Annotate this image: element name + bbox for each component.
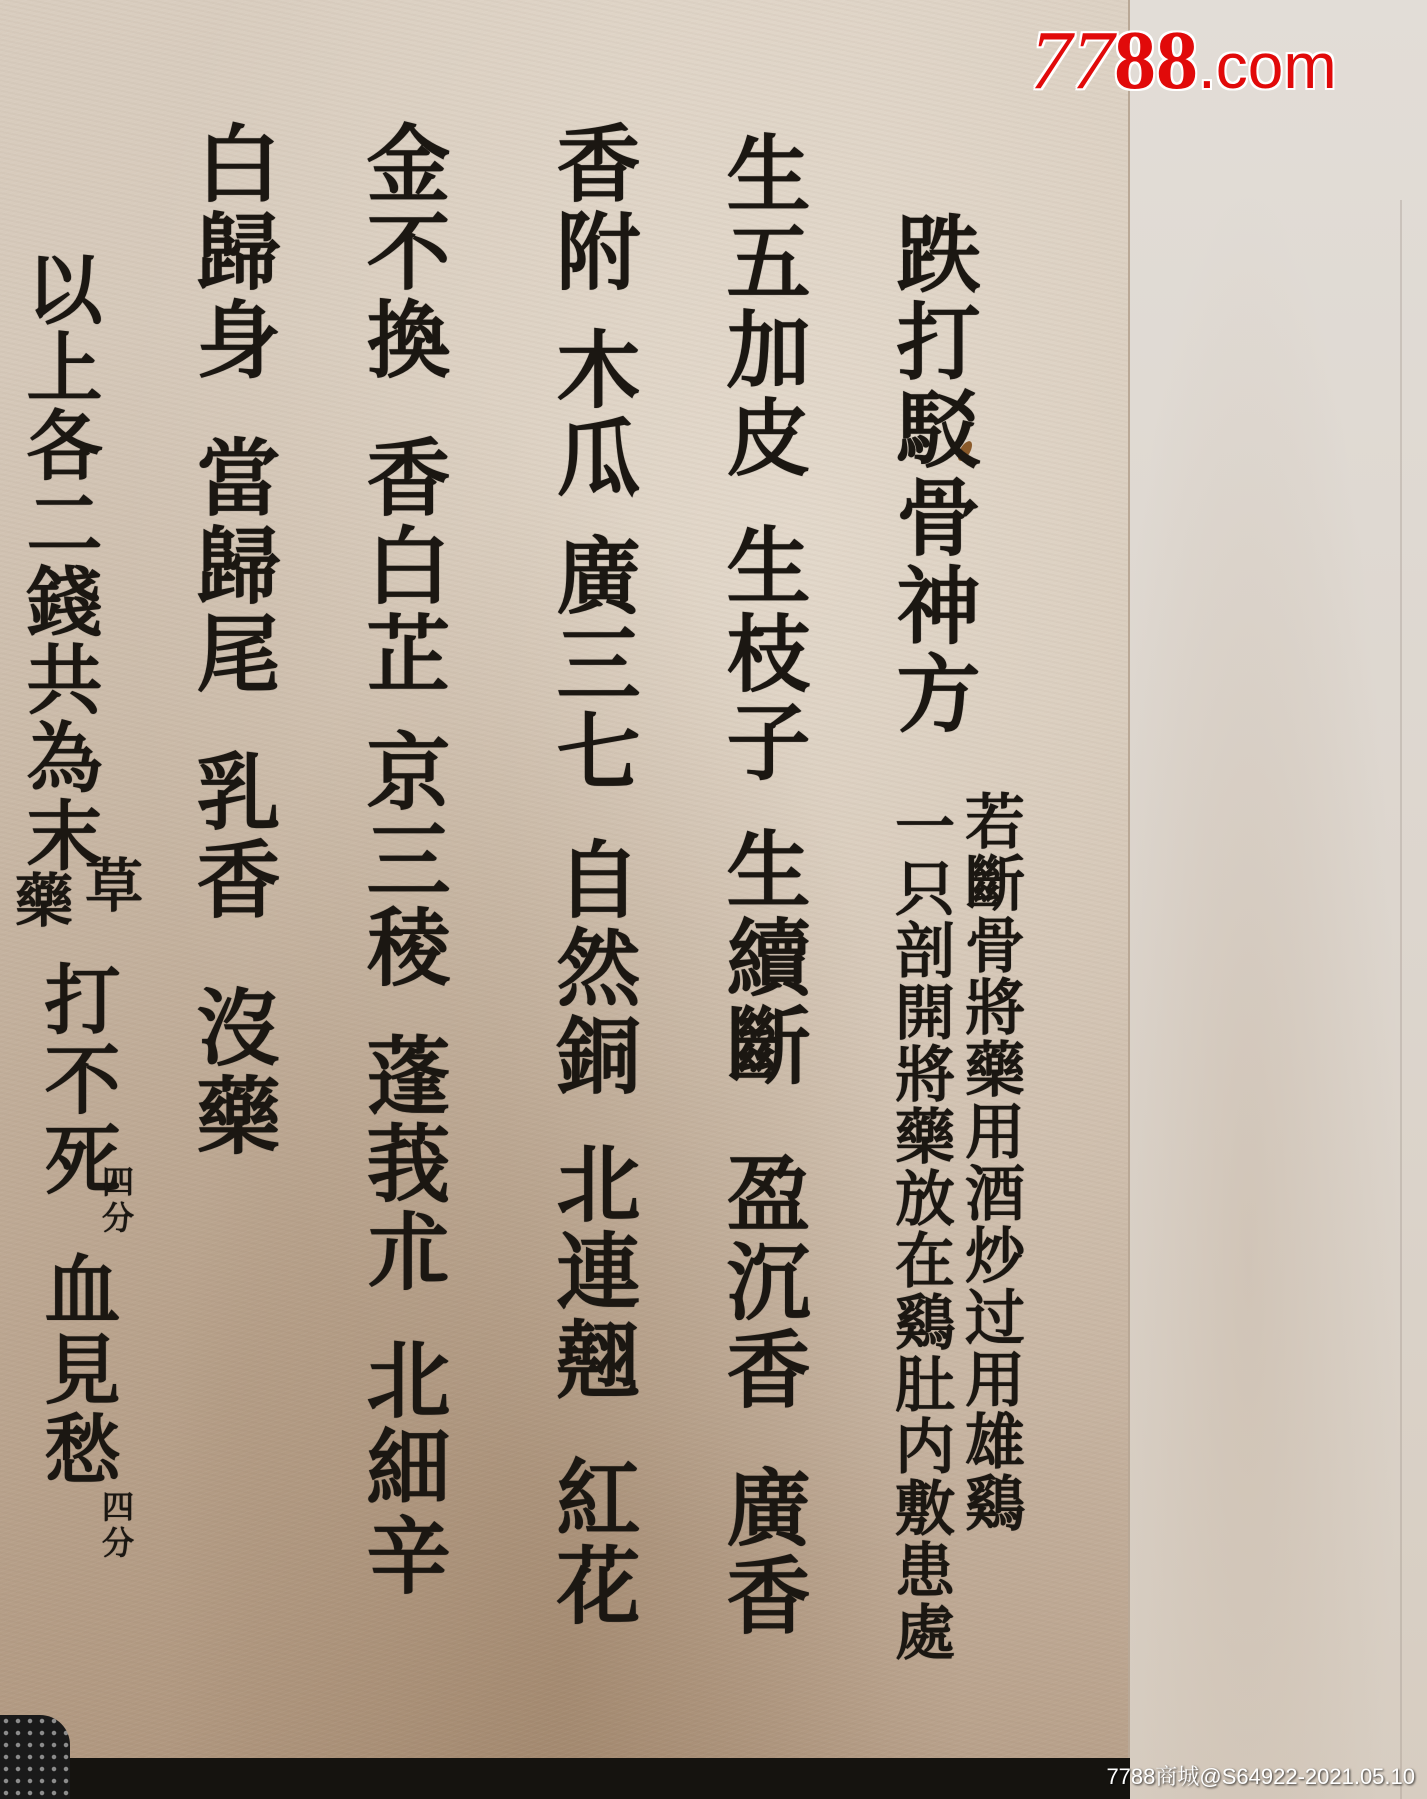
- dosage-instruction-column: 以上各二錢共為末: [20, 250, 96, 874]
- herb-name-small-right: 草: [80, 855, 138, 917]
- herb-item: 香白芷: [353, 434, 452, 698]
- mesh-fabric: [0, 1715, 70, 1799]
- note-right-column: 若斷骨將藥用酒炒过用雄鷄: [960, 790, 1020, 1534]
- note-left-column: 一只剖開將藥放在鷄肚内敷患處: [890, 795, 950, 1663]
- black-cloth-background: [0, 1758, 1130, 1799]
- herb-item: 金不換: [353, 120, 452, 384]
- logo-domain: .com: [1198, 30, 1337, 102]
- herb-name-small-left: 藥: [10, 870, 68, 932]
- herb-name-xuejianchou: 血見愁: [38, 1250, 114, 1490]
- herb-item: 廣三七: [543, 532, 642, 796]
- herb-item: 白歸身: [183, 120, 282, 384]
- fold-line: [1400, 200, 1402, 1799]
- herb-item: 木瓜: [543, 326, 642, 502]
- herb-item: 北細辛: [353, 1336, 452, 1600]
- herb-column-1: 生五加皮生枝子生續斷盈沉香廣香: [720, 130, 804, 1640]
- herb-column-3: 金不換香白芷京三稜蓬莪朮北細辛: [360, 120, 444, 1600]
- footer-watermark: 7788商城@S64922-2021.05.10: [1106, 1760, 1415, 1791]
- right-paper-flap: [1130, 0, 1427, 1799]
- logo-digits-thin: 77: [1030, 14, 1114, 107]
- herb-item: 當歸尾: [183, 434, 282, 698]
- herb-item: 紅花: [543, 1454, 642, 1630]
- herb-item: 自然銅: [543, 836, 642, 1100]
- herb-item: 生五加皮: [713, 130, 812, 482]
- herb-item: 沒藥: [183, 984, 282, 1160]
- herb-item: 京三稜: [353, 728, 452, 992]
- herb-name-dabusi: 打不死: [38, 960, 114, 1200]
- herb-item: 盈沉香: [713, 1150, 812, 1414]
- photo-scan: 跌打駁骨神方 若斷骨將藥用酒炒过用雄鷄 一只剖開將藥放在鷄肚内敷患處 生五加皮生…: [0, 0, 1427, 1799]
- recipe-title: 跌打駁骨神方: [890, 210, 974, 738]
- herb-column-4: 白歸身當歸尾乳香沒藥: [190, 120, 274, 1160]
- dose-label-2: 四分: [100, 1490, 132, 1562]
- dose-label-1: 四分: [100, 1165, 132, 1237]
- site-watermark-logo: 7788.com: [1030, 12, 1337, 109]
- herb-item: 香附: [543, 120, 642, 296]
- herb-column-2: 香附木瓜廣三七自然銅北連翹紅花: [550, 120, 634, 1630]
- herb-item: 廣香: [713, 1464, 812, 1640]
- logo-digits-bold: 88: [1114, 14, 1198, 107]
- herb-item: 乳香: [183, 748, 282, 924]
- instruction-main: 以上各二錢共為末: [14, 250, 103, 874]
- herb-item: 蓬莪朮: [353, 1032, 452, 1296]
- herb-item: 生枝子: [713, 522, 812, 786]
- herb-item: 生續斷: [713, 826, 812, 1090]
- herb-item: 北連翹: [543, 1140, 642, 1404]
